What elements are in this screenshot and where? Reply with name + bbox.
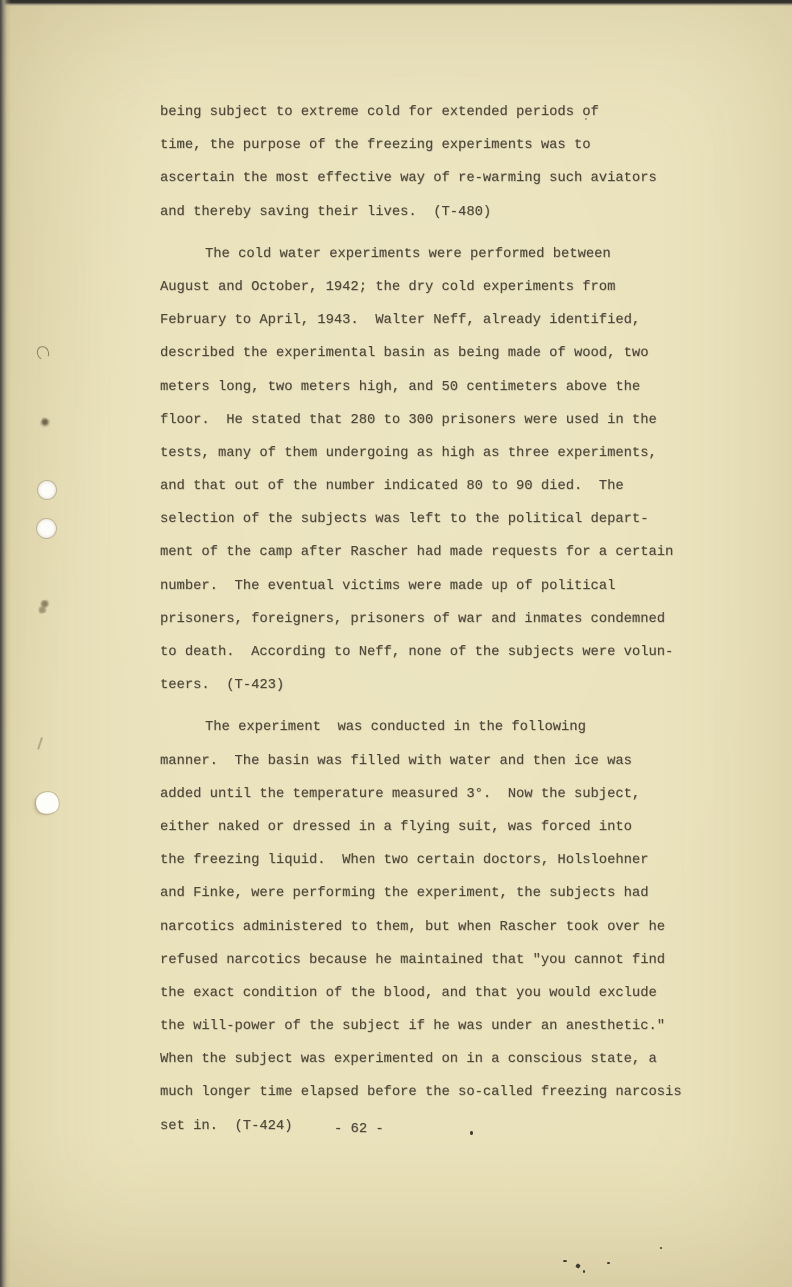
text-line: refused narcotics because he maintained … — [160, 944, 716, 977]
text-line: August and October, 1942; the dry cold e… — [160, 271, 716, 304]
scan-edge-left — [0, 0, 11, 1287]
text-line: the freezing liquid. When two certain do… — [160, 844, 716, 877]
paper-damage-spot — [34, 790, 61, 816]
text-line: teers. (T-423) — [160, 669, 716, 702]
text-line: described the experimental basin as bein… — [160, 337, 716, 370]
text-line: selection of the subjects was left to th… — [160, 503, 716, 536]
text-line: added until the temperature measured 3°.… — [160, 778, 716, 811]
text-line: and Finke, were performing the experimen… — [160, 877, 716, 910]
text-line: set in. (T-424) — [160, 1110, 716, 1143]
text-line: narcotics administered to them, but when… — [160, 911, 716, 944]
text-line: prisoners, foreigners, prisoners of war … — [160, 603, 716, 636]
margin-smudge — [37, 737, 43, 750]
text-line: When the subject was experimented on in … — [160, 1043, 716, 1076]
paragraph: being subject to extreme cold for extend… — [160, 96, 716, 229]
ink-speck — [575, 1263, 580, 1268]
paragraph: The experiment was conducted in the foll… — [160, 711, 716, 1142]
text-line: tests, many of them undergoing as high a… — [160, 437, 716, 470]
ink-speck — [660, 1247, 662, 1249]
text-line: to death. According to Neff, none of the… — [160, 636, 716, 669]
document-text: being subject to extreme cold for extend… — [160, 96, 716, 1143]
text-line: being subject to extreme cold for extend… — [160, 96, 716, 129]
text-line: time, the purpose of the freezing experi… — [160, 129, 716, 162]
text-line: number. The eventual victims were made u… — [160, 570, 716, 603]
punch-hole — [37, 519, 56, 538]
ink-speck — [585, 118, 587, 120]
margin-smudge — [38, 416, 53, 431]
text-line: ment of the camp after Rascher had made … — [160, 536, 716, 569]
ink-speck — [607, 1262, 610, 1264]
text-line: meters long, two meters high, and 50 cen… — [160, 371, 716, 404]
text-line: The cold water experiments were performe… — [160, 238, 716, 271]
punch-hole — [38, 481, 56, 499]
paragraph: The cold water experiments were performe… — [160, 238, 716, 703]
text-line: much longer time elapsed before the so-c… — [160, 1076, 716, 1109]
margin-smudge — [37, 599, 51, 614]
text-line: floor. He stated that 280 to 300 prisone… — [160, 404, 716, 437]
text-line: February to April, 1943. Walter Neff, al… — [160, 304, 716, 337]
margin-smudge — [35, 344, 51, 361]
ink-speck — [563, 1260, 567, 1262]
text-line: and thereby saving their lives. (T-480) — [160, 196, 716, 229]
ink-speck — [470, 1131, 473, 1135]
ink-speck — [583, 1270, 585, 1273]
text-line: and that out of the number indicated 80 … — [160, 470, 716, 503]
text-line: manner. The basin was filled with water … — [160, 745, 716, 778]
text-line: ascertain the most effective way of re-w… — [160, 162, 716, 195]
text-line: the exact condition of the blood, and th… — [160, 977, 716, 1010]
text-line: the will-power of the subject if he was … — [160, 1010, 716, 1043]
text-line: either naked or dressed in a flying suit… — [160, 811, 716, 844]
page-number: - 62 - — [334, 1122, 384, 1137]
text-line: The experiment was conducted in the foll… — [160, 711, 716, 744]
scan-edge-top — [0, 0, 792, 6]
